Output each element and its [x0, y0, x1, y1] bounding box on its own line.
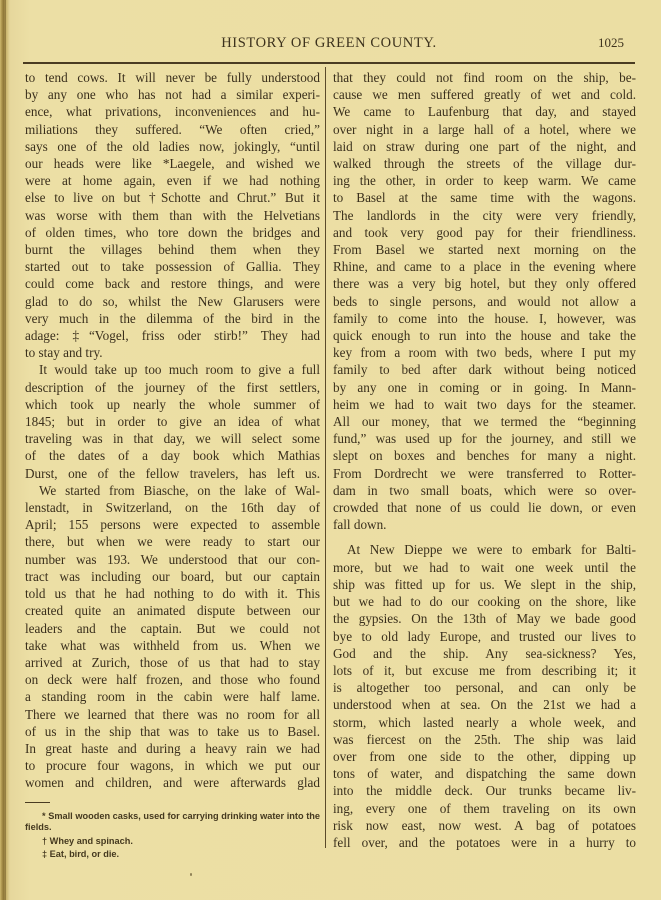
text-line: family to come into the house. I, howeve… — [333, 310, 636, 327]
text-line: tract was including our board, but our c… — [25, 568, 320, 585]
text-line: adage: ‡“Vogel, friss oder stirb!” They … — [25, 327, 320, 344]
text-line: understood when at sea. On the 21st we h… — [333, 696, 636, 713]
text-line: tons of water, and dispatching the same … — [333, 765, 636, 782]
text-line: traveling was in that day, we will selec… — [25, 430, 320, 447]
text-line: lenstadt, in Switzerland, on the 16th da… — [25, 499, 320, 516]
text-line: From Basel we started next morning on th… — [333, 241, 636, 258]
text-line: could come back and restore things, and … — [25, 275, 320, 292]
text-line: of olden times, who tore down the bridge… — [25, 224, 320, 241]
text-line: and took very good pay for their friendl… — [333, 224, 636, 241]
text-line: burnt the villages behind them when they — [25, 241, 320, 258]
text-line: else to live on but †Schotte and Chrut.”… — [25, 189, 320, 206]
text-line: number was 193. We understood that our c… — [25, 551, 320, 568]
text-line: by any one in coming or in going. In Man… — [333, 379, 636, 396]
right-column: that they could not find room on the shi… — [333, 69, 636, 851]
text-line: ship was fitted up for us. We slept in t… — [333, 576, 636, 593]
text-line: arrived at Zurich, those of us that had … — [25, 654, 320, 671]
text-line: more, but we had to wait one week until … — [333, 559, 636, 576]
text-line: fall down. — [333, 516, 636, 533]
text-line: storm, which lasted nearly a whole week,… — [333, 714, 636, 731]
text-line: but we had to do our cooking on the shor… — [333, 593, 636, 610]
text-line: We started from Biasche, on the lake of … — [25, 482, 320, 499]
text-line: the gypsies. On the 13th of May we bade … — [333, 610, 636, 627]
text-line: ing the other, in order to keep warm. We… — [333, 172, 636, 189]
text-line: 1845; but in order to give an idea of wh… — [25, 413, 320, 430]
column-divider — [325, 67, 326, 848]
text-line: family to bed after dark without being n… — [333, 361, 636, 378]
footnotes: * Small wooden casks, used for carrying … — [25, 811, 320, 861]
text-line: laid on straw during one part of the nig… — [333, 138, 636, 155]
text-line: quick enough to run into the house and t… — [333, 327, 636, 344]
text-line: ence, what privations, inconveniences an… — [25, 103, 320, 120]
text-line: into the middle deck. Our trunks became … — [333, 782, 636, 799]
text-line: heim we had to wait two days for the ste… — [333, 396, 636, 413]
text-line: There we learned that there was no room … — [25, 706, 320, 723]
text-line: created quite an animated dispute betwee… — [25, 602, 320, 619]
text-line: walked through the streets of the villag… — [333, 155, 636, 172]
text-line: there was a very big hotel, but they onl… — [333, 275, 636, 292]
text-line: that they could not find room on the shi… — [333, 69, 636, 86]
text-line: It would take up too much room to give a… — [25, 361, 320, 378]
text-line: to tend cows. It will never be fully und… — [25, 69, 320, 86]
text-line: which took up nearly the whole summer of — [25, 396, 320, 413]
text-line: by any one who has not had a similar exp… — [25, 86, 320, 103]
text-line: of us in the ship that was to take us to… — [25, 723, 320, 740]
text-line: bye to old lady Europe, and trusted our … — [333, 628, 636, 645]
text-line: was fiercest on the 25th. The ship was l… — [333, 731, 636, 748]
text-line: dam in two small boats, which were so ov… — [333, 482, 636, 499]
text-line: over from one side to the other, dipping… — [333, 748, 636, 765]
page-binding-edge — [5, 0, 6, 900]
text-line: were at home again, even if we had nothi… — [25, 172, 320, 189]
text-line: crowded that none of us could lie down, … — [333, 499, 636, 516]
text-line: beds to single persons, and would not al… — [333, 293, 636, 310]
text-line: our heads were like *Laegele, and wished… — [25, 155, 320, 172]
text-line: to Basel at the same time with the wagon… — [333, 189, 636, 206]
text-line: told us that he had nothing to do with i… — [25, 585, 320, 602]
text-line: All our money, that we termed the “begin… — [333, 413, 636, 430]
text-line: fell over, and the potatoes were in a hu… — [333, 834, 636, 851]
header-rule — [23, 62, 635, 64]
text-line: there, but when we were ready to start o… — [25, 533, 320, 550]
text-line: At New Dieppe we were to embark for Balt… — [333, 541, 636, 558]
left-column: to tend cows. It will never be fully und… — [25, 69, 320, 861]
text-line: ing, every one of them traveling on its … — [333, 800, 636, 817]
text-line: says one of the old ladies now, jokingly… — [25, 138, 320, 155]
text-line: God and the ship. Any sea-sickness? Yes, — [333, 645, 636, 662]
text-line: Durst, one of the fellow travelers, has … — [25, 465, 320, 482]
text-line: very much in the dilemma of the bird in … — [25, 310, 320, 327]
text-line: miliations they suffered. “We often crie… — [25, 121, 320, 138]
text-line: was worse with them than with the Helvet… — [25, 207, 320, 224]
right-column-text: that they could not find room on the shi… — [333, 69, 636, 851]
page-number: 1025 — [598, 35, 624, 51]
text-line: slept on boxes and benches for many a ni… — [333, 447, 636, 464]
text-line: women and children, and were afterwards … — [25, 774, 320, 791]
text-line: cause we men suffered greatly of wet and… — [333, 86, 636, 103]
running-title: HISTORY OF GREEN COUNTY. — [23, 35, 635, 52]
text-line: leaders and the captain. But we could no… — [25, 620, 320, 637]
text-line: of the dates of a day book which Mathias — [25, 447, 320, 464]
text-line: a standing room in the cabin were half l… — [25, 688, 320, 705]
text-line: is altogether too personal, and can only… — [333, 679, 636, 696]
text-line: April; 155 persons were expected to asse… — [25, 516, 320, 533]
text-line: glad to do so, whilst the New Glarusers … — [25, 293, 320, 310]
text-line: key from a room with two beds, where I p… — [333, 344, 636, 361]
text-line: In great haste and during a heavy rain w… — [25, 740, 320, 757]
text-line: risk now east, now west. A bag of potato… — [333, 817, 636, 834]
footnote: † Whey and spinach. — [25, 836, 320, 848]
footnote: * Small wooden casks, used for carrying … — [25, 811, 320, 834]
text-line: description of the journey of the first … — [25, 379, 320, 396]
text-line: The landlords in the city were very frie… — [333, 207, 636, 224]
text-line: fund,” was used up for the journey, and … — [333, 430, 636, 447]
text-line: lots of it, but excuse me from describin… — [333, 662, 636, 679]
text-line: to procure four wagons, in which we put … — [25, 757, 320, 774]
text-line: From Dordrecht we were transferred to Ro… — [333, 465, 636, 482]
text-line: Rhine, and came to a place in the evenin… — [333, 258, 636, 275]
footnote: ‡ Eat, bird, or die. — [25, 849, 320, 861]
text-line: to stay and try. — [25, 344, 320, 361]
book-page: HISTORY OF GREEN COUNTY. 1025 to tend co… — [0, 0, 661, 900]
text-line: over night in a large hall of a hotel, w… — [333, 121, 636, 138]
left-column-text: to tend cows. It will never be fully und… — [25, 69, 320, 792]
text-line: on deck were half frozen, and those who … — [25, 671, 320, 688]
text-line: take what was withheld from us. When we — [25, 637, 320, 654]
paper-speck — [190, 873, 192, 876]
text-line: started out to take possession of Gallia… — [25, 258, 320, 275]
text-line: We came to Laufenburg that day, and stay… — [333, 103, 636, 120]
footnote-rule — [25, 802, 50, 803]
